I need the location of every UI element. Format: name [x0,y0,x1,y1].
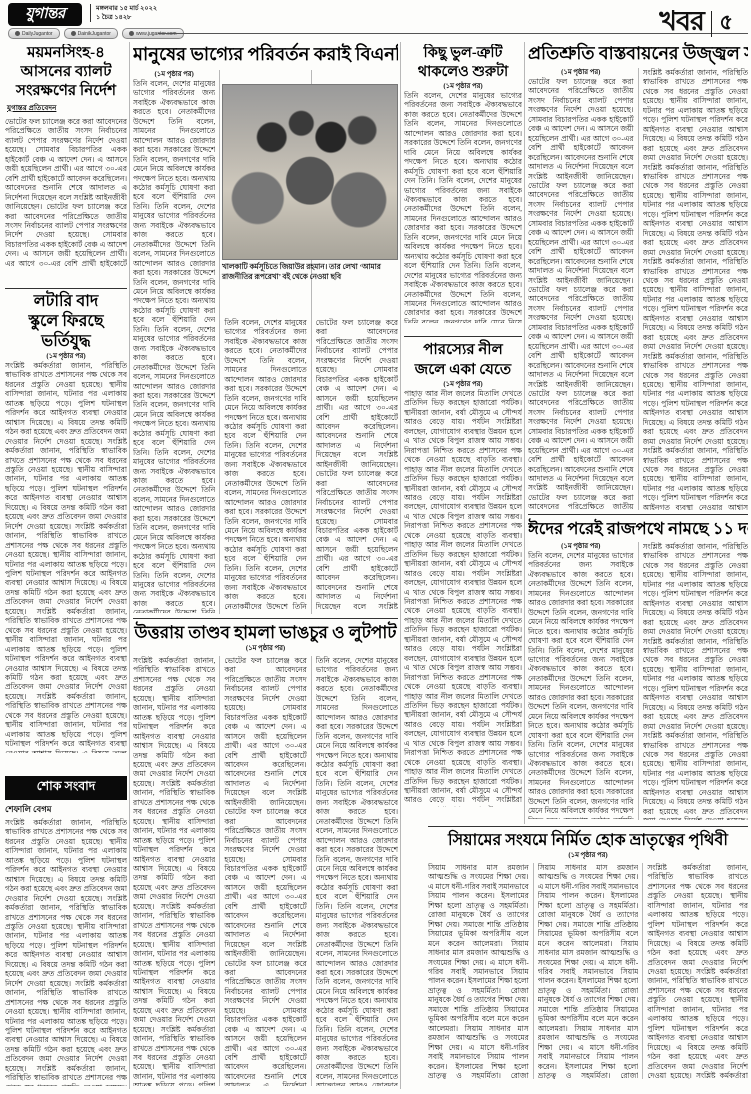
article-column: সিয়াম সাধনার মাস রমজান আত্মশুদ্ধি ও সংয… [428,863,529,1079]
twitter-handle: DailyJugantor [22,31,53,37]
article-uttara-headline: উত্তরায় তাণ্ডব হামলা ভাঙচুর ও লুটপাট [133,622,398,644]
article-body: সিয়াম সাধনার মাস রমজান আত্মশুদ্ধি ও সংয… [428,863,529,1079]
section-divider [711,11,713,37]
headline-line: থাকলেও শুরুটা [404,63,522,82]
continued-label: (১ম পৃষ্ঠার পর) [133,70,215,79]
article-body: সিয়াম সাধনার মাস রমজান আত্মশুদ্ধি ও সংয… [538,863,639,1079]
article-body: সংশ্লিষ্ট কর্মকর্তারা জানান, পরিস্থিতি স… [5,818,127,1086]
newspaper-page: যুগান্তর মঙ্গলবার ১৫ মার্চ ২০২২ ১ চৈত্র … [0,0,751,1094]
article-body: ভোটের ফল চ্যালেঞ্জ করে করা আবেদনের পরিপ্… [224,656,306,1086]
article-column: সংশ্লিষ্ট কর্মকর্তারা জানান, পরিস্থিতি স… [133,656,215,1086]
article-ballot-byline: যুগান্তর প্রতিবেদন [7,103,127,115]
article-siyam-headline: সিয়ামের সংযমে নির্মিত হোক ভ্রাতৃত্বের প… [428,830,748,851]
article-body: তিনি বলেন, দেশের মানুষের ভাগ্যের পরিবর্ত… [404,91,522,323]
article-body: সংশ্লিষ্ট কর্মকর্তারা জানান, পরিস্থিতি স… [643,68,749,510]
date-bengali: ১ চৈত্র ১৪২৮ [96,13,157,22]
article-eid-headline: ঈদের পরেই রাজপথে নামছে ১১ দলীয় জোট [528,518,748,539]
column-rule [129,42,130,1089]
jugantor-logo: যুগান্তর [8,3,82,26]
article-body: সংশ্লিষ্ট কর্মকর্তারা জানান, পরিস্থিতি স… [643,542,749,820]
article-body: সংশ্লিষ্ট কর্মকর্তারা জানান, পরিস্থিতি স… [133,656,215,1086]
facebook-badge: DainikJugantor [64,28,118,39]
headline-line: ভর্তিযুদ্ধ [5,332,127,352]
section-rule [528,514,748,515]
article-column: সংশ্লিষ্ট কর্মকর্তারা জানান, পরিস্থিতি স… [638,542,749,820]
headline-line: জলে একা যেতে [404,360,522,380]
article-uttara: উত্তরায় তাণ্ডব হামলা ভাঙচুর ও লুটপাট (১… [133,618,398,1089]
article-errors: কিছু ভুল-ত্রুটি থাকলেও শুরুটা (১ম পৃষ্ঠা… [404,44,522,332]
continued-label: (১ম পৃষ্ঠার পর) [528,68,634,77]
article-lottery: লটারি বাদ স্কুলে ফিরছে ভর্তিযুদ্ধ (১ম পৃ… [5,288,127,772]
headline-line: লটারি বাদ [5,292,127,312]
article-column: সংশ্লিষ্ট কর্মকর্তারা জানান, পরিস্থিতি স… [638,68,749,510]
article-ballot: ময়মনসিংহ-৪ আসনের ব্যালট সংরক্ষণের নির্দ… [5,44,127,284]
article-bnp-headline: মানুষের ভাগ্যের পরিবর্তন করাই বিএনপির [133,42,398,66]
article-persia: পারস্যের নীল জলে একা যেতে (১ম পৃষ্ঠার পর… [404,336,522,824]
twitter-badge: DailyJugantor [8,28,60,39]
article-ballot-headline: ময়মনসিংহ-৪ আসনের ব্যালট সংরক্ষণের নির্দ… [5,44,127,101]
article-errors-headline: কিছু ভুল-ত্রুটি থাকলেও শুরুটা [404,44,522,82]
news-photo [222,84,398,260]
continued-label: (১ম পৃষ্ঠার পর) [404,82,522,91]
continued-label: (১ম পৃষ্ঠার পর) [404,380,522,389]
headline-line: আসনের ব্যালট [5,63,127,82]
continued-label: (১ম পৃষ্ঠার পর) [528,542,634,551]
headline-line: সংরক্ষণের নির্দেশ [5,82,127,101]
obituary-header: শোক সংবাদ [5,776,127,800]
article-body: তিনি বলেন, দেশের মানুষের ভাগ্যের পরিবর্ত… [316,656,398,1086]
masthead: যুগান্তর মঙ্গলবার ১৫ মার্চ ২০২২ ১ চৈত্র … [0,0,751,40]
photo-caption: খালকাটি কর্মসূচিতে জিয়াউর রহমান। তার লে… [222,262,398,281]
column-rule [400,42,401,1089]
article-body: সংশ্লিষ্ট কর্মকর্তারা জানান, পরিস্থিতি স… [5,361,127,753]
continued-label: (১ম পৃষ্ঠার পর) [428,851,748,860]
continued-label: (১ম পৃষ্ঠার পর) [5,352,127,361]
column-rule [524,42,525,824]
section-rule [5,288,127,289]
headline-line: ময়মনসিংহ-৪ [5,44,127,63]
article-body: তিনি বলেন, দেশের মানুষের ভাগ্যের পরিবর্ত… [224,318,306,610]
article-lottery-headline: লটারি বাদ স্কুলে ফিরছে ভর্তিযুদ্ধ [5,292,127,352]
article-siyam: সিয়ামের সংযমে নির্মিত হোক ভ্রাতৃত্বের প… [428,826,748,1089]
facebook-icon [71,31,76,36]
headline-line: স্কুলে ফিরছে [5,312,127,332]
article-column: (১ম পৃষ্ঠার পর) ভোটের ফল চ্যালেঞ্জ করে ক… [528,68,634,510]
article-persia-headline: পারস্যের নীল জলে একা যেতে [404,340,522,380]
article-body: ভোটের ফল চ্যালেঞ্জ করে করা আবেদনের পরিপ্… [528,77,634,509]
article-body: তিনি বলেন, দেশের মানুষের ভাগ্যের পরিবর্ত… [528,551,634,819]
article-obituary: শোক সংবাদ শেফালি বেগম সংশ্লিষ্ট কর্মকর্ত… [5,776,127,1089]
article-body: পাহাড় আর নীল জলের মিতালি দেখতে প্রতিদিন… [404,389,522,807]
headline-line: পারস্যের নীল [404,340,522,360]
date-gregorian: মঙ্গলবার ১৫ মার্চ ২০২২ [96,4,157,13]
facebook-handle: DainikJugantor [78,31,111,37]
page-number: ৫ [719,6,733,41]
section-title: খবর [659,1,704,46]
article-eid: ঈদের পরেই রাজপথে নামছে ১১ দলীয় জোট (১ম … [528,514,748,824]
article-column: (১ম পৃষ্ঠার পর) তিনি বলেন, দেশের মানুষের… [528,542,634,820]
section-block: খবর ৫ [659,1,733,46]
article-promise-headline: প্রতিশ্রুতি বাস্তবায়নের উজ্জ্বল সূচনা [528,42,748,65]
article-body: ভোটের ফল চ্যালেঞ্জ করে করা আবেদনের পরিপ্… [5,117,127,267]
article-column: তিনি বলেন, দেশের মানুষের ভাগ্যের পরিবর্ত… [311,656,398,1086]
article-column: ভোটের ফল চ্যালেঞ্জ করে করা আবেদনের পরিপ্… [219,656,306,1086]
obituary-name: শেফালি বেগম [5,803,127,817]
article-column: সিয়াম সাধনার মাস রমজান আত্মশুদ্ধি ও সংয… [533,863,639,1079]
section-rule [404,336,522,337]
article-body: ভোটের ফল চ্যালেঞ্জ করে করা আবেদনের পরিপ্… [316,318,398,610]
article-column: সংশ্লিষ্ট কর্মকর্তারা জানান, পরিস্থিতি স… [642,863,748,1079]
headline-line: কিছু ভুল-ত্রুটি [404,44,522,63]
section-rule [428,826,748,827]
article-body: তিনি বলেন, দেশের মানুষের ভাগ্যের পরিবর্ত… [133,79,215,613]
section-rule [133,618,398,619]
article-body: সংশ্লিষ্ট কর্মকর্তারা জানান, পরিস্থিতি স… [647,863,748,1079]
article-promise: প্রতিশ্রুতি বাস্তবায়নের উজ্জ্বল সূচনা (… [528,42,748,514]
article-column: (১ম পৃষ্ঠার পর) তিনি বলেন, দেশের মানুষের… [133,70,215,614]
globe-icon [129,31,134,36]
continued-label: (১ম পৃষ্ঠার পর) [133,644,398,653]
date-block: মঙ্গলবার ১৫ মার্চ ২০২২ ১ চৈত্র ১৪২৮ [90,4,157,22]
twitter-icon [15,31,20,36]
